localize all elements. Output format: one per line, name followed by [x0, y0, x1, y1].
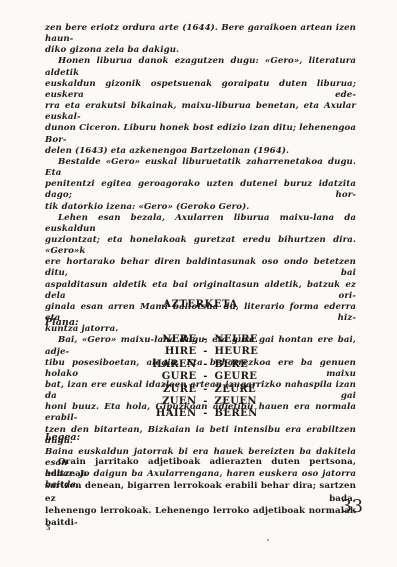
scan-speck	[267, 539, 269, 541]
text-line: Orain jarritako adjetiboak adierazten du…	[45, 456, 356, 480]
pair-left-word: NERE	[133, 334, 197, 346]
text-line: zen bere eriotz ordura arte (1644). Bere…	[45, 23, 356, 45]
text-line: diko gizona zela ba dakigu.	[45, 45, 356, 56]
text-line: Lehen esan bezala, Axularren liburua mai…	[45, 213, 356, 235]
legea-label: Legea:	[45, 432, 80, 443]
pair-left-word: GURE	[133, 371, 197, 383]
book-page: zen bere eriotz ordura arte (1644). Bere…	[0, 0, 397, 567]
text-line: Honen liburua danok ezagutzen dugu: «Ger…	[45, 56, 356, 78]
dash-separator: -	[197, 334, 215, 346]
paragraph: Orain jarritako adjetiboak adierazten du…	[45, 456, 356, 529]
paragraph: Bestalde «Gero» euskal liburuetatik zaha…	[45, 157, 356, 213]
pair-right-word: BEREN	[215, 408, 279, 420]
page-number: 33	[341, 497, 363, 517]
section-heading: AZTERKETA	[45, 299, 356, 310]
plana-label: Plana:	[45, 317, 78, 328]
pair-left-word: HAREN	[133, 359, 197, 371]
dash-separator: -	[197, 346, 215, 358]
pair-left-word: ZURE	[133, 384, 197, 396]
paragraph: zen bere eriotz ordura arte (1644). Bere…	[45, 23, 356, 56]
pair-row: GURE - GEURE	[133, 371, 279, 383]
pair-right-word: HEURE	[215, 346, 279, 358]
pair-left-word: HAIEN	[133, 408, 197, 420]
signature-mark: 5	[46, 524, 51, 532]
dash-separator: -	[197, 359, 215, 371]
pair-right-word: NEURE	[215, 334, 279, 346]
legea-paragraphs: Orain jarritako adjetiboak adierazten du…	[45, 456, 356, 529]
pronoun-pairs-list: NERE - NEURE HIRE - HEURE HAREN - BERE G…	[50, 334, 361, 421]
intro-paragraphs: zen bere eriotz ordura arte (1644). Bere…	[45, 23, 356, 492]
pair-right-word: GEURE	[215, 371, 279, 383]
text-line: sartzen denean, bigarren lerrokoak erabi…	[45, 480, 356, 504]
dash-separator: -	[197, 396, 215, 408]
text-line: rra eta erakutsi bikainak, maixu-liburua…	[45, 101, 356, 123]
paragraph: Honen liburua danok ezagutzen dugu: «Ger…	[45, 56, 356, 156]
pair-left-word: ZUEN	[133, 396, 197, 408]
paragraph: Lehen esan bezala, Axularren liburua mai…	[45, 213, 356, 336]
dash-separator: -	[197, 384, 215, 396]
pair-right-word: ZEURE	[215, 384, 279, 396]
dash-separator: -	[197, 371, 215, 383]
text-line: guziontzat; eta honelakoak guretzat ered…	[45, 235, 356, 257]
pair-right-word: BERE	[215, 359, 279, 371]
dash-separator: -	[197, 408, 215, 420]
pair-left-word: HIRE	[133, 346, 197, 358]
pair-row: NERE - NEURE	[133, 334, 279, 346]
text-line: euskaldun gizonik ospetsuenak goraipatu …	[45, 79, 356, 101]
text-line: penitentzi egitea geroagorako uzten dute…	[45, 179, 356, 201]
pair-row: HAIEN - BEREN	[133, 408, 279, 420]
pair-row: HAREN - BERE	[133, 359, 279, 371]
text-line: tzen den bitartean, Bizkaian ia beti int…	[45, 425, 356, 447]
text-line: delen (1643) eta azkenengoa Bartzelonan …	[45, 146, 356, 157]
text-line: ere hortarako behar diren baldintasunak …	[45, 257, 356, 279]
pair-row: ZUEN - ZEUEN	[133, 396, 279, 408]
text-line: tik datorkio izena: «Gero» (Geroko Gero)…	[45, 202, 356, 213]
text-line: lehenengo lerrokoak. Lehenengo lerroko a…	[45, 505, 356, 529]
pair-row: HIRE - HEURE	[133, 346, 279, 358]
text-line: dunon Ciceron. Liburu honek bost edizio …	[45, 123, 356, 145]
text-line: Bestalde «Gero» euskal liburuetatik zaha…	[45, 157, 356, 179]
pair-row: ZURE - ZEURE	[133, 384, 279, 396]
pair-right-word: ZEUEN	[215, 396, 279, 408]
